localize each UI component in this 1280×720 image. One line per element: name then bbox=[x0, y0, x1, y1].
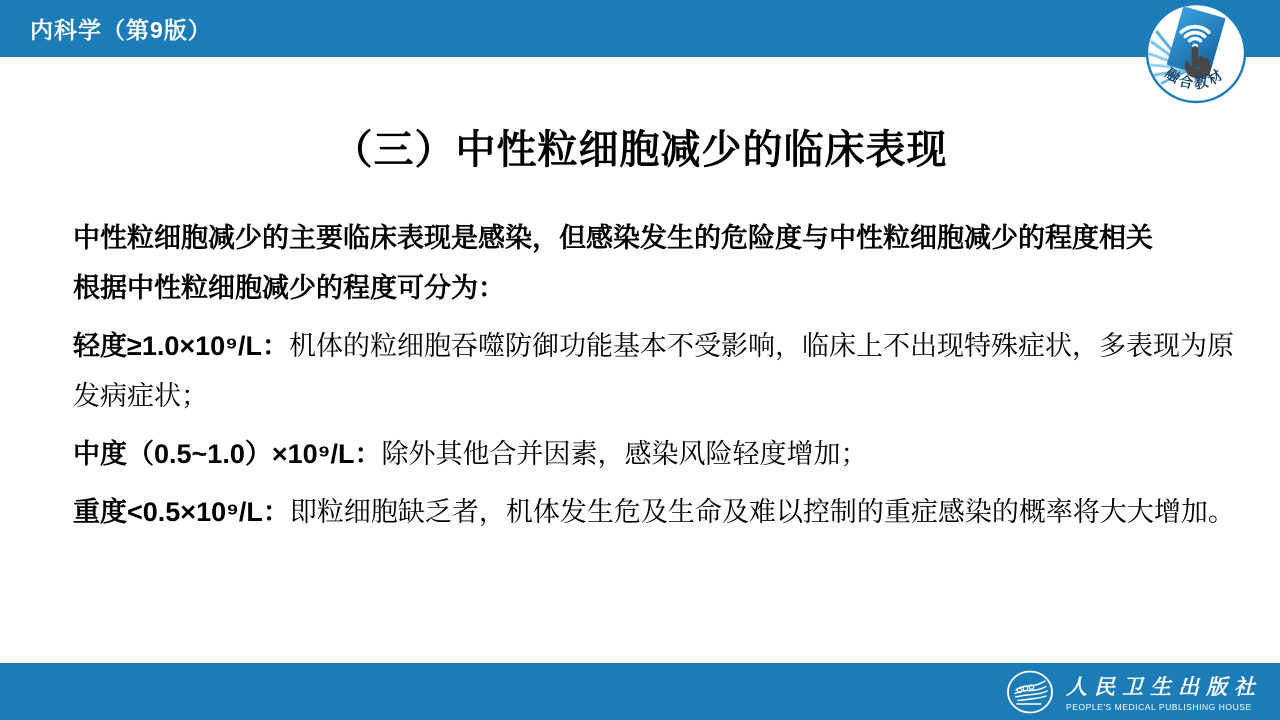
severity-desc-severe: 即粒细胞缺乏者，机体发生危及生命及难以控制的重症感染的概率将大大增加。 bbox=[290, 497, 1235, 527]
severity-item-moderate: 中度（0.5~1.0）×10⁹/L：除外其他合并因素，感染风险轻度增加； bbox=[73, 429, 1241, 479]
course-title: 内科学（第9版） bbox=[30, 0, 212, 57]
fusion-textbook-badge-icon: 融合教材 bbox=[1145, 2, 1247, 104]
header-bar: 内科学（第9版） bbox=[0, 0, 1280, 57]
severity-lead-severe: 重度<0.5×10⁹/L： bbox=[73, 497, 290, 527]
severity-desc-moderate: 除外其他合并因素，感染风险轻度增加； bbox=[381, 439, 867, 469]
intro-line-2: 根据中性粒细胞减少的程度可分为： bbox=[73, 263, 1241, 313]
severity-lead-moderate: 中度（0.5~1.0）×10⁹/L： bbox=[73, 439, 381, 469]
severity-lead-mild: 轻度≥1.0×10⁹/L： bbox=[73, 331, 289, 361]
publisher-name-cn: 人民卫生出版社 bbox=[1066, 671, 1262, 701]
footer-bar: 人民卫生出版社 PEOPLE'S MEDICAL PUBLISHING HOUS… bbox=[0, 663, 1280, 720]
publisher-name-block: 人民卫生出版社 PEOPLE'S MEDICAL PUBLISHING HOUS… bbox=[1066, 671, 1262, 712]
publisher-emblem-icon bbox=[1006, 669, 1056, 715]
publisher-logo: 人民卫生出版社 PEOPLE'S MEDICAL PUBLISHING HOUS… bbox=[1006, 663, 1262, 720]
publisher-name-en: PEOPLE'S MEDICAL PUBLISHING HOUSE bbox=[1066, 702, 1252, 712]
page-title: （三）中性粒细胞减少的临床表现 bbox=[0, 118, 1280, 175]
intro-line-1: 中性粒细胞减少的主要临床表现是感染，但感染发生的危险度与中性粒细胞减少的程度相关 bbox=[73, 213, 1241, 263]
slide-body: 中性粒细胞减少的主要临床表现是感染，但感染发生的危险度与中性粒细胞减少的程度相关… bbox=[73, 213, 1241, 537]
fusion-textbook-badge: 融合教材 bbox=[1145, 2, 1247, 104]
severity-item-mild: 轻度≥1.0×10⁹/L：机体的粒细胞吞噬防御功能基本不受影响，临床上不出现特殊… bbox=[73, 321, 1241, 421]
severity-item-severe: 重度<0.5×10⁹/L：即粒细胞缺乏者，机体发生危及生命及难以控制的重症感染的… bbox=[73, 487, 1241, 537]
